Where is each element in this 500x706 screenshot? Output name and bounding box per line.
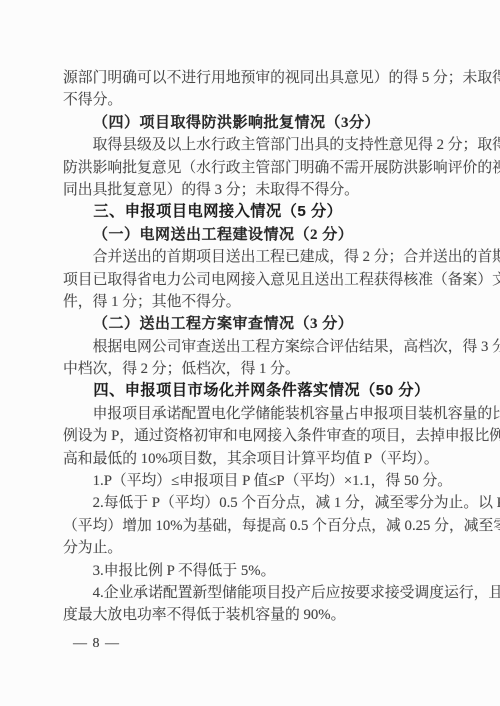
doc-text-line: 中档次，得 2 分；低档次，得 1 分。 <box>63 358 437 380</box>
subsection-heading-plan-review: （二）送出工程方案审查情况（3 分） <box>63 313 437 335</box>
doc-text-line: 1.P（平均）≤申报项目 P 值≤P（平均）×1.1，得 50 分。 <box>63 470 437 492</box>
section-heading-market-conditions: 四、申报项目市场化并网条件落实情况（50 分） <box>63 380 437 402</box>
doc-text-line: 合并送出的首期项目送出工程已建成，得 2 分；合并送出的首期 <box>63 246 437 268</box>
doc-text-line: 高和最低的 10%项目数，其余项目计算平均值 P（平均）。 <box>63 448 437 470</box>
doc-text-line: 项目已取得省电力公司电网接入意见且送出工程获得核准（备案）文 <box>63 269 437 291</box>
doc-text-line: 度最大放电功率不得低于装机容量的 90%。 <box>63 604 437 626</box>
doc-text-line: 取得县级及以上水行政主管部门出具的支持性意见得 2 分；取得 <box>63 134 437 156</box>
page-number: — 8 — <box>73 634 120 654</box>
doc-text-line: （平均）增加 10%为基础，每提高 0.5 个百分点，减 0.25 分，减至零 <box>63 515 437 537</box>
doc-text-line: 例设为 P，通过资格初审和电网接入条件审查的项目，去掉申报比例最 <box>63 425 437 447</box>
section-heading-grid-connection: 三、申报项目电网接入情况（5 分） <box>63 201 437 223</box>
subsection-heading-flood-approval: （四）项目取得防洪影响批复情况（3分） <box>63 112 437 134</box>
subsection-heading-grid-construction: （一）电网送出工程建设情况（2 分） <box>63 224 437 246</box>
document-content: 源部门明确可以不进行用地预审的视同出具意见）的得 5 分；未取得 不得分。 （四… <box>63 67 437 627</box>
doc-text-line: 件，得 1 分；其他不得分。 <box>63 291 437 313</box>
doc-text-line: 不得分。 <box>63 89 437 111</box>
doc-text-line: 同出具批复意见）的得 3 分；未取得不得分。 <box>63 179 437 201</box>
doc-text-line: 申报项目承诺配置电化学储能装机容量占申报项目装机容量的比 <box>63 403 437 425</box>
doc-text-line: 源部门明确可以不进行用地预审的视同出具意见）的得 5 分；未取得 <box>63 67 437 89</box>
doc-text-line: 分为止。 <box>63 537 437 559</box>
doc-text-line: 4.企业承诺配置新型储能项目投产后应按要求接受调度运行，且年 <box>63 582 437 604</box>
doc-text-line: 3.申报比例 P 不得低于 5%。 <box>63 560 437 582</box>
doc-text-line: 防洪影响批复意见（水行政主管部门明确不需开展防洪影响评价的视 <box>63 157 437 179</box>
doc-text-line: 根据电网公司审查送出工程方案综合评估结果，高档次，得 3 分； <box>63 336 437 358</box>
document-page: 源部门明确可以不进行用地预审的视同出具意见）的得 5 分；未取得 不得分。 （四… <box>0 0 500 706</box>
doc-text-line: 2.每低于 P（平均）0.5 个百分点，减 1 分，减至零分为止。以 P <box>63 492 437 514</box>
